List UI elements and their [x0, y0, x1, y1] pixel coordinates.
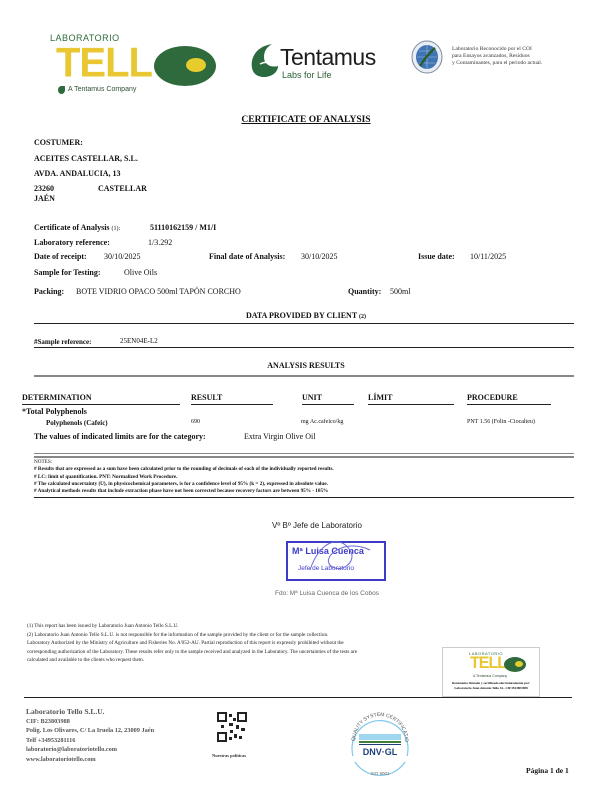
coi-seal: Laboratorio Reconocido por el COI para E…: [411, 40, 571, 80]
dnv-gl-certification-logo: DNV·GL ISO 9001 QUALITY SYSTEM CERTIFICA…: [345, 706, 415, 780]
company-website[interactable]: www.laboratoriotello.com: [26, 755, 154, 765]
tentamus-wordmark: Tentamus: [280, 44, 376, 71]
customer-name: ACEITES CASTELLAR, S.L.: [34, 154, 138, 163]
final-date-value: 30/10/2025: [301, 252, 337, 261]
result-group: *Total Polyphenols: [22, 407, 87, 416]
col-unit: UNIT: [302, 393, 322, 402]
col-procedure: PROCEDURE: [467, 393, 518, 402]
notes-title: NOTES:: [34, 459, 334, 466]
final-date-label: Final date of Analysis:: [209, 252, 285, 261]
customer-province: JAÉN: [34, 194, 55, 203]
divider: [34, 323, 574, 324]
company-address: Polig. Los Olivares, C/ La Iruela 12, 23…: [26, 726, 154, 736]
e-signature-badge: LABORATORIO TELL A Tentamus Company Docu…: [442, 647, 540, 697]
company-name: Laboratorio Tello S.L.U.: [26, 707, 154, 717]
divider: [34, 456, 574, 458]
col-underline: [302, 404, 354, 405]
company-cif: CIF: B23803988: [26, 717, 154, 727]
lab-ref-value: 1/3.292: [148, 238, 172, 247]
packing-value: BOTE VIDRIO OPACO 500ml TAPÓN CORCHO: [76, 287, 241, 296]
page-title: CERTIFICATE OF ANALYSIS: [0, 115, 612, 125]
company-email[interactable]: laboratorio@laboratoriotello.com: [26, 745, 154, 755]
divider: [34, 375, 574, 377]
client-data-heading: DATA PROVIDED BY CLIENT (2): [0, 311, 612, 320]
sample-ref-value: 25EN04E-L2: [120, 337, 158, 345]
issue-date-value: 10/11/2025: [470, 252, 506, 261]
row-procedure: PNT 1.56 (Folin -Ciocalteu): [467, 419, 535, 425]
tentamus-logo: Tentamus Labs for Life: [250, 42, 370, 82]
note-item: # LC: limit of quantification. PNT: Norm…: [34, 474, 334, 481]
cert-brand: DNV·GL: [363, 747, 398, 757]
olive-icon: [154, 46, 216, 86]
signature-caption: Vº Bº Jefe de Laboratorio: [272, 521, 362, 530]
tentamus-leaf-icon: [58, 86, 65, 94]
sample-label: Sample for Testing:: [34, 268, 101, 277]
customer-city: CASTELLAR: [98, 184, 147, 193]
customer-label: COSTUMER:: [34, 138, 83, 147]
client-data-note: (2): [359, 314, 366, 320]
lab-ref-label: Laboratory reference:: [34, 238, 110, 247]
coi-line: Laboratorio Reconocido por el COI: [452, 46, 542, 53]
coa-value: 51110162159 / M1/I: [150, 223, 216, 232]
col-determination: DETERMINATION: [22, 393, 92, 402]
coi-text: Laboratorio Reconocido por el COI para E…: [452, 46, 542, 67]
note-item: # Analytical methods results that includ…: [34, 488, 334, 495]
category-label: The values of indicated limits are for t…: [34, 432, 206, 441]
badge-line: Documento firmado y certificado electrón…: [445, 681, 537, 686]
footnotes: (1) This report has been issued by Labor…: [27, 622, 372, 665]
qr-code-icon[interactable]: [217, 712, 247, 742]
receipt-value: 30/10/2025: [104, 252, 140, 261]
divider: [34, 453, 574, 454]
footnote: (1) This report has been issued by Labor…: [27, 622, 372, 631]
cert-standard: ISO 9001: [370, 771, 390, 776]
company-info: Laboratorio Tello S.L.U. CIF: B23803988 …: [26, 707, 154, 764]
olive-icon: [504, 657, 526, 672]
handwritten-signature-icon: [300, 530, 390, 580]
coa-label-text: Certificate of Analysis: [34, 223, 110, 232]
col-underline: [191, 404, 273, 405]
sample-ref-label: #Sample reference:: [34, 338, 91, 346]
tello-logo: LABORATORIO TELL A Tentamus Company: [50, 33, 170, 93]
col-underline: [467, 404, 551, 405]
footer-divider: [24, 697, 572, 698]
badge-logo-sub: A Tentamus Company: [473, 674, 507, 678]
globe-seal-icon: [411, 40, 443, 74]
badge-line: Laboratorio Juan Antonio Tello SL. CIF:B…: [445, 686, 537, 691]
quantity-label: Quantity:: [348, 287, 381, 296]
coi-line: y Contaminantes, para el periodo actual.: [452, 60, 542, 67]
divider: [34, 497, 574, 498]
qr-caption: Nuestras políticas: [212, 753, 246, 758]
divider: [34, 347, 574, 348]
badge-logo-word: TELL: [470, 656, 506, 673]
footnote: (2) Laboratorio Juan Antonio Tello S.L.U…: [27, 631, 372, 640]
note-item: # The calculated uncertainty (U), in phy…: [34, 481, 334, 488]
row-determination: Polyphenols (Cafeic): [46, 419, 108, 427]
tentamus-leaf-icon: [250, 42, 280, 78]
packing-label: Packing:: [34, 287, 64, 296]
category-value: Extra Virgin Olive Oil: [244, 432, 315, 441]
col-underline: [368, 404, 454, 405]
tello-logo-word: TELL: [56, 42, 152, 84]
notes: NOTES: # Results that are expressed as a…: [34, 459, 334, 495]
row-result: 690: [191, 419, 200, 425]
col-result: RESULT: [191, 393, 222, 402]
coa-label: Certificate of Analysis (1):: [34, 223, 120, 232]
company-phone: Telf +34953281116: [26, 736, 154, 746]
sample-value: Olive Oils: [124, 268, 157, 277]
results-heading: ANALYSIS RESULTS: [0, 361, 612, 370]
note-item: # Results that are expressed as a sum ha…: [34, 466, 334, 473]
quantity-value: 500ml: [390, 287, 410, 296]
issue-date-label: Issue date:: [418, 252, 455, 261]
page-number: Página 1 de 1: [526, 766, 569, 775]
client-data-heading-text: DATA PROVIDED BY CLIENT: [246, 311, 357, 320]
footnote: Laboratory Authorized by the Ministry of…: [27, 639, 372, 665]
coa-note: (1):: [112, 226, 121, 232]
row-unit: mg Ac.cafeico/kg: [301, 419, 343, 425]
tello-logo-sub: A Tentamus Company: [68, 86, 136, 93]
customer-address: AVDA. ANDALUCIA, 13: [34, 169, 121, 178]
receipt-label: Date of receipt:: [34, 252, 87, 261]
col-underline: [22, 404, 180, 405]
signed-by: Fdo: Mª Luisa Cuenca de los Cobos: [275, 590, 379, 597]
coi-line: para Ensayos avanzados, Residuos: [452, 53, 542, 60]
badge-text: Documento firmado y certificado electrón…: [445, 681, 537, 690]
tentamus-tagline: Labs for Life: [282, 70, 332, 80]
col-limit: LÍMIT: [368, 393, 392, 402]
customer-postcode: 23260: [34, 184, 54, 193]
